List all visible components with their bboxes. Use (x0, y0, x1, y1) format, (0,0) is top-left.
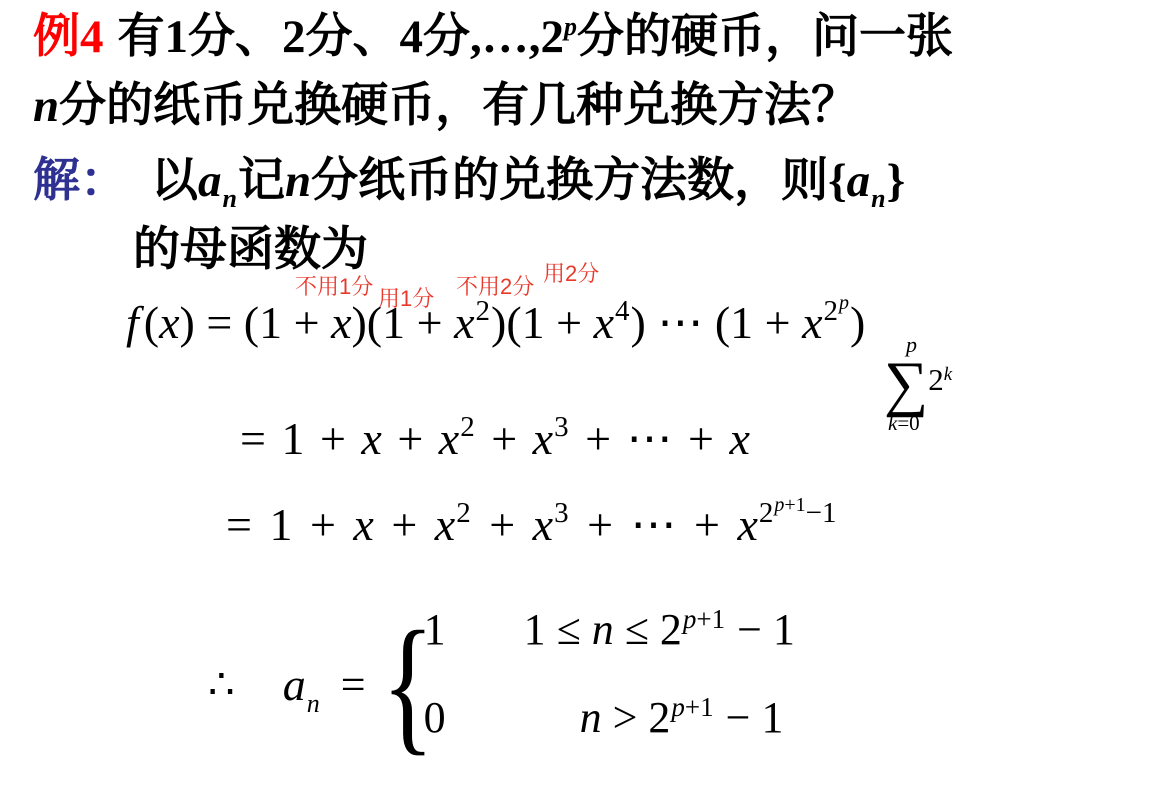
f2-x1: x (361, 413, 381, 464)
f2-x-last: x (729, 413, 749, 464)
case1-minus1: − 1 (726, 605, 795, 654)
f3-exp2: 2 (456, 497, 471, 529)
f3-exponent: 2p+1−1 (759, 497, 837, 529)
problem-title: 例4有1分、2分、4分,…,2p分的硬币，问一张 n分的纸币兑换硬币，有几种兑换… (33, 6, 953, 138)
title-text-2: 分的硬币，问一张 (577, 11, 953, 63)
solution-label: 解： (33, 155, 127, 207)
case1-value: 1 (424, 604, 524, 655)
case1-exp: p+1 (683, 604, 725, 634)
f1-x0: x (159, 297, 179, 348)
f3-exp-minus1: −1 (806, 497, 837, 529)
title-text-1: 有1分、2分、4分,…,2 (118, 11, 565, 63)
f1-exp2: 2 (476, 295, 491, 327)
f1-exp-base: 2 (824, 295, 839, 327)
case-row-1: 1 1 ≤ n ≤ 2p+1 − 1 (424, 604, 795, 676)
case1-leq2: ≤ 2 (614, 605, 682, 654)
f1-open-paren: ( (144, 297, 159, 348)
f1-x1: x (331, 297, 351, 348)
f3-equals: = 1 + (226, 499, 353, 550)
f3-x2: x (435, 499, 455, 550)
f2-dots: + ⋯ + (570, 413, 730, 464)
solution-text-1: 以 (151, 155, 198, 207)
example-label: 例4 (33, 11, 104, 63)
f1-dots: ) ⋯ (1 + (631, 297, 803, 348)
case2-exp-p: p (671, 692, 685, 722)
f2-plus1: + (382, 413, 439, 464)
f1-x4: x (802, 297, 822, 348)
case1-n: n (592, 605, 614, 654)
f3-exp-plus1: +1 (784, 494, 805, 516)
case1-exp-plus1: +1 (696, 604, 725, 634)
formula-expansion-sum: = 1 + x + x2 + x3 + ⋯ + x (240, 414, 750, 465)
sum-lower-eq: =0 (897, 411, 919, 435)
solution-text-3: 分纸币的兑换方法数，则{ (311, 155, 847, 207)
f2-exp2: 2 (460, 411, 475, 443)
f3-plus2: + (472, 499, 533, 550)
f1-x2: x (454, 297, 474, 348)
sum-exponent: p ∑ 2k k=0 (884, 334, 952, 434)
cases-equals: = (341, 659, 366, 710)
case2-exp-plus1: +1 (685, 692, 714, 722)
sum-term: 2k (928, 364, 952, 395)
left-brace: { (382, 608, 418, 760)
sum-term-base: 2 (928, 362, 944, 397)
solution-sub-n2: n (871, 184, 885, 213)
f3-exp3: 3 (554, 497, 569, 529)
cases-a-sub: n (307, 689, 320, 718)
solution-var-a: a (198, 155, 222, 207)
f3-exp-base: 2 (759, 497, 774, 529)
case1-lhs: 1 ≤ (524, 605, 592, 654)
sum-lower-limit: k=0 (888, 413, 920, 434)
f3-x1: x (353, 499, 373, 550)
sigma-symbol: ∑ (884, 356, 928, 413)
solution-text-2: 记 (238, 155, 285, 207)
case-row-2: 0 n > 2p+1 − 1 (424, 692, 795, 764)
conclusion-cases: ∴ an = { 1 1 ≤ n ≤ 2p+1 − 1 0 n > 2p+1 −… (208, 600, 795, 768)
cases-rows: 1 1 ≤ n ≤ 2p+1 − 1 0 n > 2p+1 − 1 (424, 604, 795, 764)
sum-term-exp: k (944, 364, 952, 385)
sum-body: ∑ 2k (884, 356, 952, 413)
case2-gt2: > 2 (602, 693, 671, 742)
case2-exp: p+1 (671, 692, 713, 722)
f1-equals: ) = (1 + (180, 297, 332, 348)
f2-x3: x (533, 413, 553, 464)
f1-join1: )(1 + (351, 297, 454, 348)
cases-a: a (283, 659, 306, 710)
f3-x3: x (533, 499, 553, 550)
cases-an: an (283, 658, 321, 711)
f3-exp-p: p (774, 494, 784, 516)
f3-plus1: + (374, 499, 435, 550)
f3-x-last: x (737, 499, 757, 550)
case2-minus1: − 1 (715, 693, 784, 742)
formula-expansion-closed: = 1 + x + x2 + x3 + ⋯ + x2p+1−1 (226, 500, 838, 551)
problem-title-line2: n分的纸币兑换硬币，有几种兑换方法？ (33, 75, 953, 138)
f3-dots: + ⋯ + (570, 499, 738, 550)
solution-var-n: n (285, 155, 311, 207)
slide: 例4有1分、2分、4分,…,2p分的硬币，问一张 n分的纸币兑换硬币，有几种兑换… (0, 0, 1162, 806)
formula-generating-function: f(x) = (1 + x)(1 + x2)(1 + x4) ⋯ (1 + x2… (126, 298, 865, 349)
case2-value: 0 (424, 692, 524, 743)
title-var-n: n (33, 80, 59, 132)
case2-n: n (580, 693, 602, 742)
title-text-3: 分的纸币兑换硬币，有几种兑换方法？ (59, 80, 858, 132)
f1-exp-p: p (839, 292, 849, 314)
therefore-symbol: ∴ (208, 659, 235, 709)
case2-condition: n > 2p+1 − 1 (580, 692, 784, 743)
case1-condition: 1 ≤ n ≤ 2p+1 − 1 (524, 604, 795, 655)
solution-intro: 解：以an记n分纸币的兑换方法数，则{an} 的母函数为 (33, 150, 905, 282)
solution-text-4: } (887, 155, 906, 207)
f2-plus2: + (476, 413, 533, 464)
solution-sub-n: n (223, 184, 237, 213)
f1-exp4: 4 (615, 295, 630, 327)
f1-join2: )(1 + (491, 297, 594, 348)
f1-close-paren: ) (850, 297, 865, 348)
annotation-use-2fen: 用2分 (543, 257, 599, 288)
f3-exp-sup: p+1 (774, 494, 805, 516)
solution-var-a2: a (847, 155, 871, 207)
title-exponent-p: p (564, 12, 577, 41)
sum-lower-var: k (888, 411, 897, 435)
f2-x2: x (439, 413, 459, 464)
problem-title-line1: 例4有1分、2分、4分,…,2p分的硬币，问一张 (33, 6, 953, 75)
f2-exp3: 3 (554, 411, 569, 443)
f1-f: f (126, 297, 139, 348)
case1-exp-p: p (683, 604, 697, 634)
f2-equals: = 1 + (240, 413, 361, 464)
f1-exp-2p: 2p (824, 295, 850, 327)
solution-line1: 解：以an记n分纸币的兑换方法数，则{an} (33, 150, 905, 219)
f1-x3: x (594, 297, 614, 348)
